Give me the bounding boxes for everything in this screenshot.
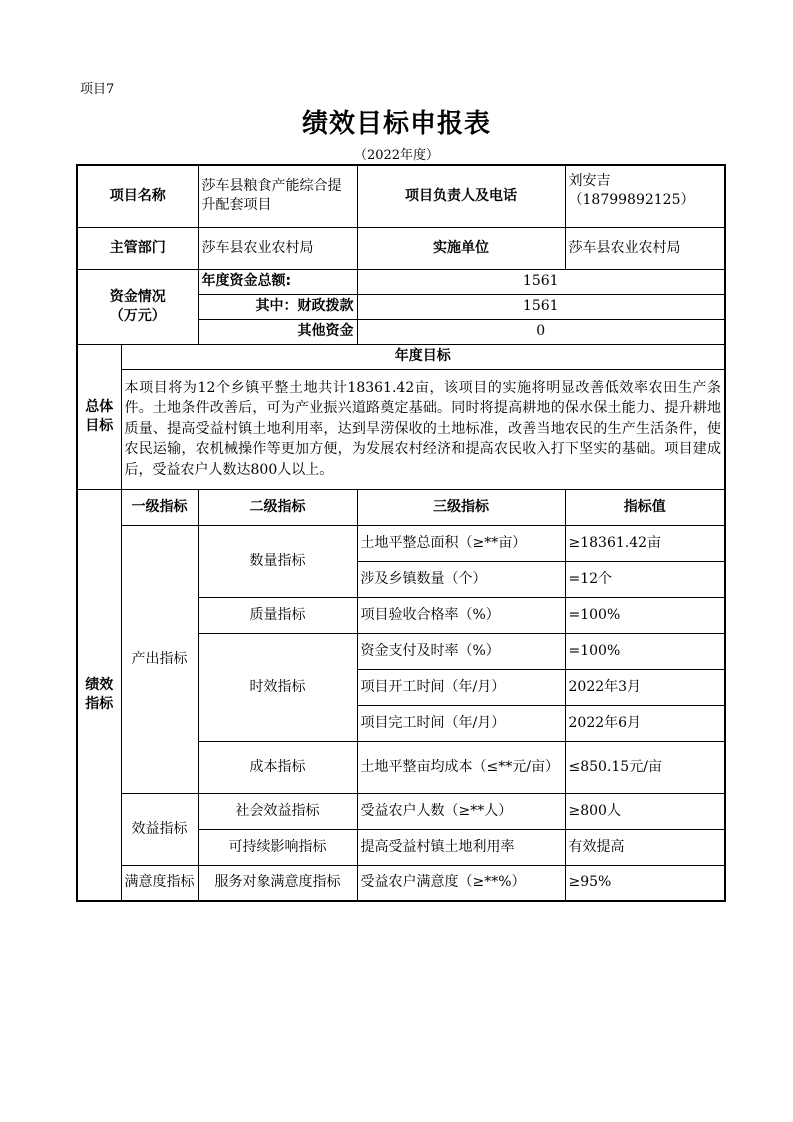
goal-label-line2: 目标 <box>81 417 118 436</box>
goal-text: 本项目将为12个乡镇平整土地共计18361.42亩，该项目的实施将明显改善低效率… <box>121 369 725 489</box>
indicator-name: 项目验收合格率（%） <box>357 597 565 633</box>
indicator-name: 土地平整亩均成本（≤**元/亩） <box>357 741 565 793</box>
indicator-name: 提高受益村镇土地利用率 <box>357 829 565 865</box>
funds-label: 资金情况 （万元） <box>77 269 198 344</box>
goal-header: 年度目标 <box>121 344 725 369</box>
indicator-value: ≤850.15元/亩 <box>565 741 725 793</box>
indicator-value: 有效提高 <box>565 829 725 865</box>
year-label: （2022年度） <box>0 144 793 163</box>
indicator-name: 受益农户人数（≥**人） <box>357 793 565 829</box>
funds-label-line1: 资金情况 <box>81 288 195 307</box>
project-name-label: 项目名称 <box>77 165 198 227</box>
level2-sustainable: 可持续影响指标 <box>198 829 357 865</box>
leader-value: 刘安吉 （18799892125） <box>565 165 725 227</box>
indicator-name: 资金支付及时率（%） <box>357 633 565 669</box>
leader-phone: （18799892125） <box>569 191 722 210</box>
leader-name: 刘安吉 <box>569 172 722 191</box>
header-level3: 三级指标 <box>357 489 565 525</box>
indicators-label: 绩效 指标 <box>77 489 121 901</box>
funds-fiscal-label: 其中：财政拨款 <box>198 294 357 319</box>
level2-quality: 质量指标 <box>198 597 357 633</box>
indicator-value: =100% <box>565 633 725 669</box>
project-name-value: 莎车县粮食产能综合提升配套项目 <box>198 165 357 227</box>
indicator-name: 项目开工时间（年/月） <box>357 669 565 705</box>
level1-output: 产出指标 <box>121 525 198 793</box>
indicators-label-line2: 指标 <box>81 695 118 714</box>
indicators-label-line1: 绩效 <box>81 676 118 695</box>
funds-other-label: 其他资金 <box>198 319 357 344</box>
project-number: 项目7 <box>80 78 114 97</box>
indicator-value: ≥18361.42亩 <box>565 525 725 561</box>
funds-total-label: 年度资金总额: <box>198 269 357 294</box>
level2-cost: 成本指标 <box>198 741 357 793</box>
indicator-name: 涉及乡镇数量（个） <box>357 561 565 597</box>
indicator-value: 2022年3月 <box>565 669 725 705</box>
level2-service-satisfaction: 服务对象满意度指标 <box>198 865 357 901</box>
leader-label: 项目负责人及电话 <box>357 165 565 227</box>
level1-satisfaction: 满意度指标 <box>121 865 198 901</box>
header-level1: 一级指标 <box>121 489 198 525</box>
impl-label: 实施单位 <box>357 227 565 269</box>
funds-other-value: 0 <box>357 319 725 344</box>
indicator-value: ≥800人 <box>565 793 725 829</box>
indicator-value: =12个 <box>565 561 725 597</box>
page-title: 绩效目标申报表 <box>0 103 793 140</box>
goal-label: 总体 目标 <box>77 344 121 489</box>
level2-social: 社会效益指标 <box>198 793 357 829</box>
header-value: 指标值 <box>565 489 725 525</box>
impl-value: 莎车县农业农村局 <box>565 227 725 269</box>
indicator-name: 项目完工时间（年/月） <box>357 705 565 741</box>
funds-fiscal-value: 1561 <box>357 294 725 319</box>
funds-total-value: 1561 <box>357 269 725 294</box>
dept-value: 莎车县农业农村局 <box>198 227 357 269</box>
funds-label-line2: （万元） <box>81 307 195 326</box>
level2-timeliness: 时效指标 <box>198 633 357 741</box>
indicator-value: ≥95% <box>565 865 725 901</box>
goal-label-line1: 总体 <box>81 398 118 417</box>
dept-label: 主管部门 <box>77 227 198 269</box>
indicator-value: 2022年6月 <box>565 705 725 741</box>
header-level2: 二级指标 <box>198 489 357 525</box>
indicator-name: 土地平整总面积（≥**亩） <box>357 525 565 561</box>
performance-table: 项目名称 莎车县粮食产能综合提升配套项目 项目负责人及电话 刘安吉 （18799… <box>76 164 726 902</box>
indicator-value: =100% <box>565 597 725 633</box>
level2-quantity: 数量指标 <box>198 525 357 597</box>
level1-benefit: 效益指标 <box>121 793 198 865</box>
indicator-name: 受益农户满意度（≥**%） <box>357 865 565 901</box>
